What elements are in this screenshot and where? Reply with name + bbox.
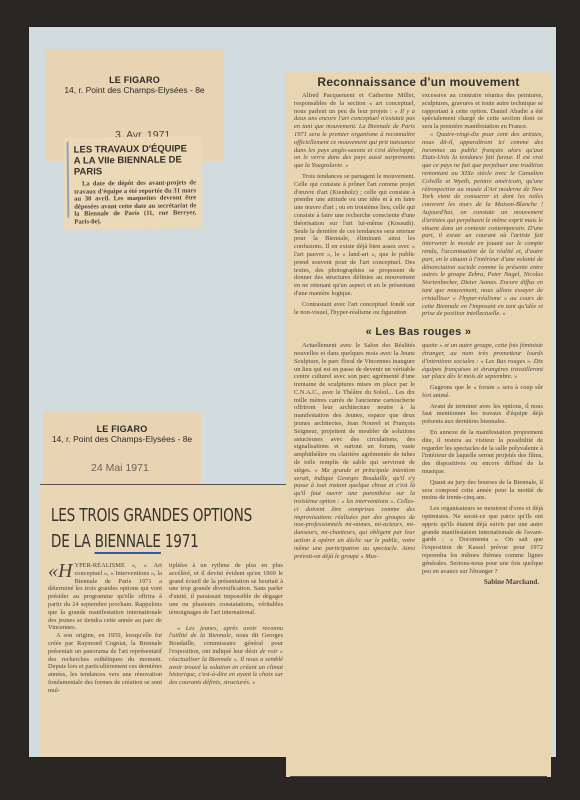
subheading: « Les Bas rouges » <box>286 318 551 342</box>
newspaper-name: LE FIGARO <box>43 424 201 434</box>
col4-paragraph-6: Les organisateurs se montrent d'ores et … <box>422 505 543 575</box>
scrapbook-sheet: LE FIGARO 14, r. Point des Champs-Elysée… <box>29 27 556 757</box>
article-body: La date de dépôt des avant-projets de tr… <box>74 179 196 226</box>
clipping-1-article: LES TRAVAUX D'ÉQUIPE A LA VIIe BIENNALE … <box>64 136 203 229</box>
col4-paragraph-3: Avant de terminer avec les options, il n… <box>422 403 543 426</box>
headline-line-2: A LA VIIe BIENNALE DE PARIS <box>74 154 196 177</box>
col1-paragraph-3: Contrastant avec l'art conceptuel fondé … <box>294 301 415 317</box>
clipping-2-header: LE FIGARO 14, r. Point des Champs-Elysée… <box>43 412 201 492</box>
headline: Reconnaissance d'un mouvement <box>286 72 551 89</box>
underlined-word: BIENNALE <box>95 532 161 554</box>
col1-paragraph-2: A son origine, en 1959, lorsqu'elle fut … <box>48 632 162 694</box>
col1-paragraph-2: Trois tendances se partagent le mouvemen… <box>294 173 415 298</box>
rule-line <box>290 776 547 778</box>
col2-paragraph-2: « Quatre-vingt-dix pour cent des artiste… <box>422 131 543 318</box>
headline: LES TROIS GRANDES OPTIONS DE LA BIENNALE… <box>40 485 299 555</box>
newspaper-address: 14, r. Point des Champs-Elysées - 8e <box>43 434 201 444</box>
col3-paragraph-1: Actuellement avec le Salon des Réalités … <box>294 342 415 474</box>
col3-quote: « Ma grande et principale intention sera… <box>294 467 415 560</box>
col4-paragraph-2: Gageons que le « forum » sera à coup sûr… <box>422 384 543 400</box>
headline-line-2: DE LA BIENNALE 1971 <box>51 529 293 555</box>
col4-paragraph-4: En annexe de la manifestation proprement… <box>422 429 543 476</box>
col2-paragraph-1: excessive au contraire réunira des peint… <box>422 92 543 131</box>
byline: Sabine Marchand. <box>422 579 543 587</box>
col2-paragraph-1: tipliées à un rythme de plus en plus acc… <box>169 562 283 617</box>
clipping-3-article: Reconnaissance d'un mouvement Alfred Pac… <box>286 72 551 777</box>
col4-paragraph-5: Quant au jury des bourses de la Biennale… <box>422 479 543 502</box>
date-stamp: 24 Mai 1971 <box>91 462 149 474</box>
newspaper-address: 14, r. Point des Champs-Elysées - 8e <box>45 85 224 95</box>
newspaper-name: LE FIGARO <box>45 75 224 85</box>
clipping-2-article: LES TROIS GRANDES OPTIONS DE LA BIENNALE… <box>40 484 291 757</box>
drop-cap: «H <box>48 562 72 580</box>
col1-paragraph-1-quote: « Il y a deux ans encore l'art conceptue… <box>294 108 415 170</box>
col4-paragraph-1: quette » et un autre groupe, cette fois … <box>422 342 543 381</box>
headline-line-1: LES TROIS GRANDES OPTIONS <box>51 503 293 529</box>
